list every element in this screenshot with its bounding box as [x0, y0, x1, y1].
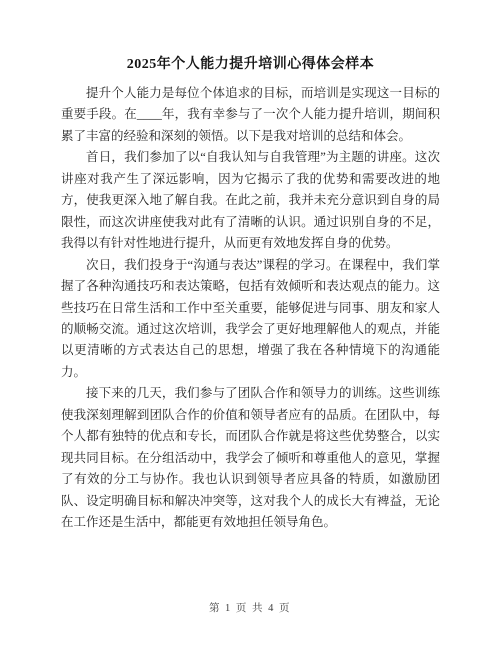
page-number-label: 第 1 页 共 4 页	[209, 603, 291, 614]
paragraph-day2-communication: 次日，我们投身于“沟通与表达”课程的学习。在课程中，我们掌握了各种沟通技巧和表达…	[61, 255, 440, 384]
document-content: 2025年个人能力提升培训心得体会样本 提升个人能力是每位个体追求的目标，而培训…	[61, 53, 440, 534]
document-page: 2025年个人能力提升培训心得体会样本 提升个人能力是每位个体追求的目标，而培训…	[0, 0, 500, 647]
document-title: 2025年个人能力提升培训心得体会样本	[61, 53, 440, 76]
paragraph-teamwork-leadership: 接下来的几天，我们参与了团队合作和领导力的训练。这些训练使我深刻理解到团队合作的…	[61, 383, 440, 533]
page-footer: 第 1 页 共 4 页	[0, 601, 500, 617]
paragraph-day1-self-awareness: 首日，我们参加了以“自我认知与自我管理”为主题的讲座。这次讲座对我产生了深远影响…	[61, 147, 440, 254]
paragraph-intro: 提升个人能力是每位个体追求的目标，而培训是实现这一目标的重要手段。在____年，…	[61, 83, 440, 147]
